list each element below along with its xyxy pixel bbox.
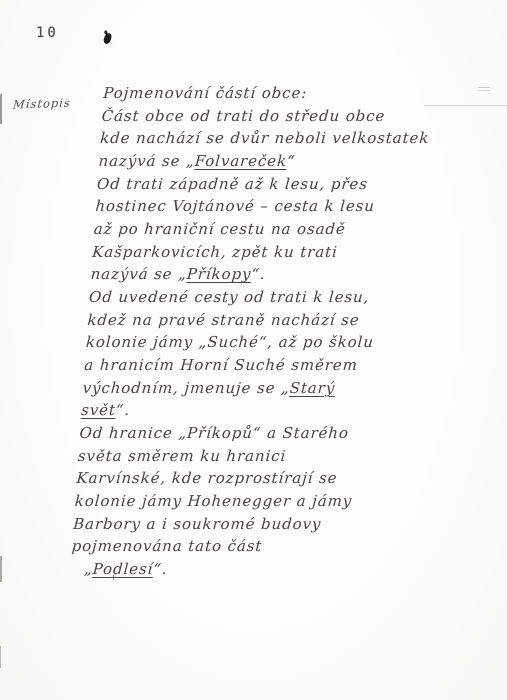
text-line: světa směrem ku hranici (77, 447, 415, 470)
line-text: kde nachází se dvůr neboli velkostatek (100, 129, 430, 147)
line-text: Část obce od trati do středu obce (101, 107, 386, 125)
line-text: kdež na pravé straně nachází se (87, 311, 360, 329)
line-text: Barbory a i soukromé budovy (73, 515, 322, 533)
underlined-place-name: Podlesí (92, 560, 154, 578)
text-line: Od hranice „Příkopů“ a Starého (79, 424, 417, 447)
text-line: Kašparkovicích, zpět ku trati (91, 243, 429, 266)
line-text: “ (286, 152, 296, 170)
page-number: 10 (36, 25, 59, 41)
text-line: až po hraniční cestu na osadě (93, 220, 431, 243)
manuscript-lines: Pojmenování částí obce:Část obce od trat… (69, 84, 440, 583)
text-line: Pojmenování částí obce: (102, 84, 440, 107)
text-line: Část obce od trati do středu obce (101, 107, 439, 130)
text-line: nazývá se „Příkopy“. (90, 265, 428, 288)
text-line: Karvínské, kde rozprostírají se (75, 469, 413, 492)
line-text: až po hraniční cestu na osadě (93, 220, 346, 238)
text-line: kdež na pravé straně nachází se (87, 311, 425, 334)
underlined-place-name: svět (81, 401, 117, 419)
line-text: “. (251, 265, 267, 283)
text-line: východním, jmenuje se „Starý (82, 379, 420, 402)
line-text: Pojmenování částí obce: (103, 84, 308, 102)
scan-edge-artifact (0, 646, 1, 668)
text-line: hostinec Vojtánové – cesta k lesu (94, 197, 432, 220)
line-text: Od trati západně až k lesu, přes (96, 175, 368, 193)
text-line: nazývá se „Folvareček“ (98, 152, 436, 175)
text-line: kolonie jámy Hohenegger a jámy (74, 492, 412, 515)
scan-mark-artifact (478, 87, 490, 91)
text-line: svět“. (80, 401, 418, 424)
text-line: a hranicím Horní Suché směrem (83, 356, 421, 379)
line-text: Od uvedené cesty od trati k lesu, (88, 288, 369, 306)
pencil-line-artifact (424, 105, 507, 106)
text-line: pojmenována tato část (71, 537, 409, 560)
page: 10 Místopis Pojmenování částí obce:Část … (0, 0, 507, 700)
line-text: východním, jmenuje se „ (82, 379, 290, 397)
line-text: světa směrem ku hranici (77, 447, 287, 465)
line-text: kolonie jámy „Suché“, až po školu (85, 333, 374, 351)
line-text: Od hranice „Příkopů“ a Starého (79, 424, 350, 442)
text-line: Barbory a i soukromé budovy (72, 515, 410, 538)
line-text: pojmenována tato část (71, 537, 263, 555)
line-text: Kašparkovicích, zpět ku trati (92, 243, 339, 261)
scan-edge-artifact (0, 94, 2, 124)
text-line: kolonie jámy „Suché“, až po školu (85, 333, 423, 356)
line-text: “. (153, 560, 169, 578)
line-text: nazývá se „ (98, 152, 195, 170)
line-text: nazývá se „ (90, 265, 187, 283)
text-line: Od uvedené cesty od trati k lesu, (88, 288, 426, 311)
scan-edge-artifact (0, 556, 2, 582)
underlined-place-name: Folvareček (194, 152, 288, 170)
cross-mark: + (110, 573, 118, 583)
margin-note: Místopis (13, 94, 106, 111)
text-line: Od trati západně až k lesu, přes (96, 175, 434, 198)
underlined-place-name: Starý (289, 379, 336, 397)
line-text: a hranicím Horní Suché směrem (84, 356, 359, 374)
underlined-place-name: Příkopy (186, 265, 252, 283)
text-line: „Podlesí“. (69, 560, 407, 583)
ink-blot-artifact (103, 32, 112, 44)
line-text: “. (115, 401, 131, 419)
line-text: kolonie jámy Hohenegger a jámy (74, 492, 353, 510)
text-line: kde nachází se dvůr neboli velkostatek (99, 129, 437, 152)
line-text: hostinec Vojtánové – cesta k lesu (95, 197, 376, 215)
line-text: Karvínské, kde rozprostírají se (76, 469, 338, 487)
